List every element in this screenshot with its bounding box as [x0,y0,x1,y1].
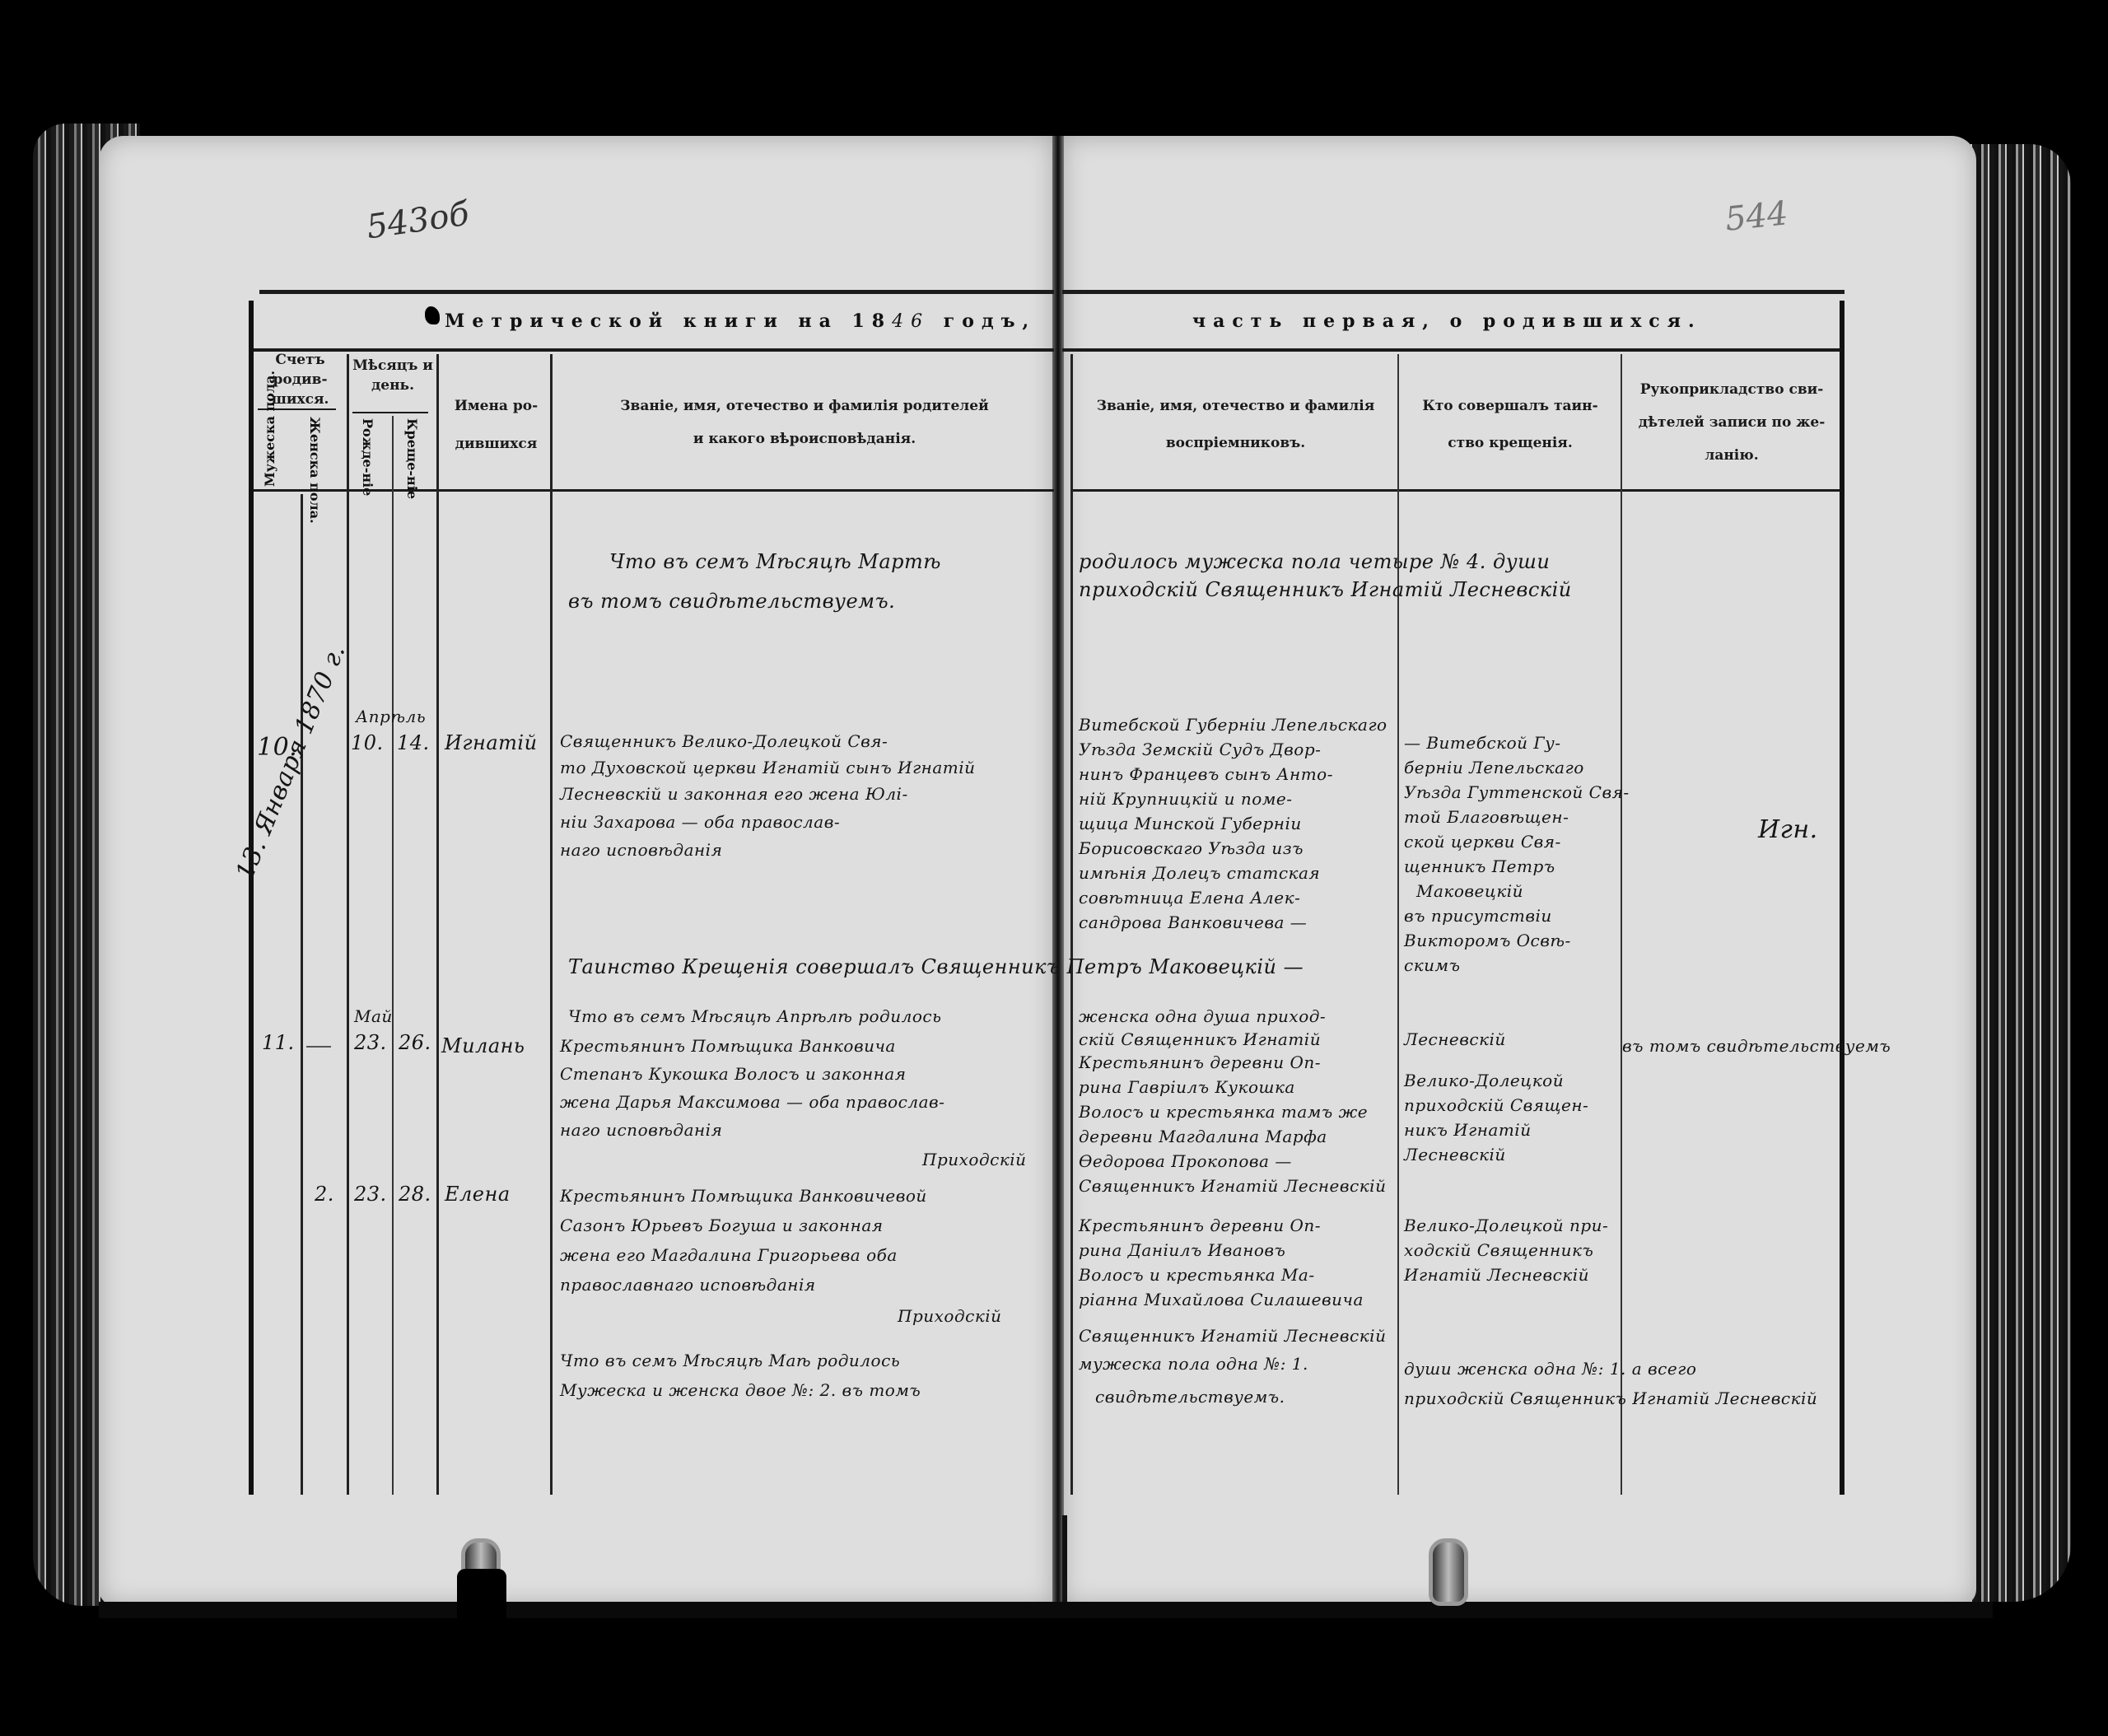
entry11-parents-line: Что въ семъ Мѣсяцѣ Апрѣлѣ родилось [568,1006,941,1026]
entry10-priest-line: Викторомъ Освѣ- [1404,931,1571,950]
entry2-name: Елена [445,1183,511,1206]
entry10-priest-line: берніи Лепельскаго [1404,758,1584,777]
entry2-priest-line: Игнатій Лесневскій [1404,1265,1589,1285]
entry2-godparent-line: рина Даніилъ Ивановъ [1079,1240,1285,1260]
entry10-godparent-line: Уѣзда Земскій Судъ Двор- [1079,740,1321,759]
left-clasp-strap [457,1569,506,1651]
header-count-female: Женска пола. [306,417,323,487]
entry2-parents-line: православнаго исповѣданія [560,1275,816,1295]
entry2-godparent-line: Крестьянинъ деревни Оп- [1079,1216,1321,1235]
entry10-priest-line: въ присутствіи [1404,906,1552,926]
entry10-priest-line: Маковецкій [1416,881,1523,901]
entry11-godparent-line: Ѳедорова Прокопова — [1079,1151,1292,1171]
entry10-month: Апрѣль [356,707,426,726]
intro-left-line2: въ томъ свидѣтельствуемъ. [568,590,895,613]
date-subrule [352,412,428,413]
book-bottom-edge [99,1602,1993,1618]
entry10-godparent-line: Витебской Губерніи Лепельскаго [1079,715,1387,735]
right-page-number: 544 [1723,194,1790,239]
col-line-godparents [1070,354,1073,1495]
entry10-godparent-line: имѣнія Долецъ статская [1079,863,1320,883]
entry2-birth: 23. [354,1183,387,1206]
entry11-month: Май [354,1006,393,1026]
header-date-birth: Рожде-ніе [359,418,375,484]
header-date-baptism: Креще-ніе [403,418,420,484]
entry11-godparent-line: женска одна душа приход- [1079,1006,1326,1026]
right-page-title: часть первая, о родившихся. [1192,310,1702,332]
entry10-godparent-line: нинъ Францевъ сынъ Анто- [1079,764,1333,784]
book-gutter [1052,136,1064,1610]
col-line-baptism [392,416,394,1495]
entry10-baptism: 14. [397,731,430,754]
entry10-parents-line: то Духовской церкви Игнатій сынъ Игнатій [560,758,976,777]
bookmark-thread [1062,1515,1067,1602]
entry10-parents-line: Лесневскій и законная его жена Юлі- [560,784,908,804]
entry11-priest-line: приходскій Священ- [1404,1095,1588,1115]
entry10-godparent-line: совѣтница Елена Алек- [1079,888,1300,908]
entry2-number: 2. [315,1183,334,1206]
entry2-godparent-line: Волосъ и крестьянка Ма- [1079,1265,1315,1285]
closing-left-line1: Что въ семъ Мѣсяцѣ Маѣ родилось [560,1351,900,1370]
col-line-priest [1397,354,1399,1495]
entry10-parents-line: наго исповѣданія [560,840,722,860]
entry11-baptism: 26. [399,1031,431,1054]
col-line-female [301,494,303,1495]
closing-right-line1: души женска одна №: 1. а всего [1404,1359,1696,1379]
right-clasp [1429,1538,1468,1606]
right-table-border [1840,301,1844,1495]
header-godparents-2: воспріемниковъ. [1073,424,1398,462]
entry11-parents-line: Степанъ Кукошка Волосъ и законная [560,1064,906,1084]
entry10-witness-signature: Игн. [1758,815,1818,844]
col-line-witness [1621,354,1622,1495]
entry11-birth: 23. [354,1031,387,1054]
entry11-priest-line: никъ Игнатій [1404,1120,1532,1140]
entry11-priest-line: Лесневскій [1404,1029,1506,1049]
header-names: Имена ро-дившихся [445,387,548,463]
header-priest-1: Кто совершалъ таин- [1400,387,1621,425]
closing-right-line2: приходскій Священникъ Игнатій Лесневскій [1404,1388,1817,1408]
header-count-male: Мужеска пола. [262,417,278,487]
title-rule-left [251,348,1054,352]
entry11-witness: въ томъ свидѣтельствуемъ [1622,1036,1891,1056]
top-rule-right [1062,290,1844,294]
closing-left-line2: Мужеска и женска двое №: 2. въ томъ [560,1380,921,1400]
entry10-parents-line: Священникъ Велико-Долецкой Свя- [560,731,888,751]
entry11-godparent-line: Волосъ и крестьянка тамъ же [1079,1102,1368,1122]
header-witness-3: ланію. [1624,436,1840,474]
entry11-female-dash [306,1046,331,1048]
entry10-parents-line: ніи Захарова — оба православ- [560,812,840,832]
entry2-parents-line: Крестьянинъ Помѣщика Ванковичевой [560,1186,927,1206]
entry10-godparent-line: сандрова Ванковичева — [1079,912,1307,932]
entry2-parents-line: Приходскій [898,1306,1002,1326]
entry11-godparent-line: деревни Магдалина Марфа [1079,1127,1327,1146]
entry10-sacrament-note: Таинство Крещенія совершалъ Священникъ П… [568,955,1304,978]
entry11-parents-line: Приходскій [922,1150,1027,1169]
entry10-priest-line: скимъ [1404,955,1460,975]
entry2-priest-line: ходскій Священникъ [1404,1240,1593,1260]
entry11-name: Милань [441,1034,525,1057]
intro-right-line2: приходскій Священникъ Игнатій Лесневскій [1079,578,1572,601]
entry11-godparent-line: Крестьянинъ деревни Оп- [1079,1052,1321,1072]
entry10-priest-line: ской церкви Свя- [1404,832,1561,852]
closing-mid-line2: свидѣтельствуемъ. [1095,1387,1285,1407]
left-page-title: Метрической книги на 1846 годъ, [445,310,1036,332]
title-suffix: годъ, [944,310,1036,332]
entry11-parents-line: жена Дарья Максимова — оба православ- [560,1092,944,1112]
entry11-godparent-line: скій Священникъ Игнатій [1079,1029,1321,1049]
col-line-date [347,354,349,1495]
entry11-number: 11. [262,1031,295,1054]
entry10-priest-line: щенникъ Петръ [1404,856,1555,876]
entry11-parents-line: Крестьянинъ Помѣщика Ванковича [560,1036,896,1056]
entry11-godparent-line: Священникъ Игнатій Лесневскій [1079,1176,1386,1196]
col-line-parents [550,354,553,1495]
entry10-name: Игнатій [445,731,538,754]
intro-right-line1: родилось мужеска пола четыре № 4. души [1079,550,1550,573]
header-priest-2: ство крещенія. [1400,424,1621,462]
entry2-parents-line: Сазонъ Юрьевъ Богуша и законная [560,1216,884,1235]
entry10-birth: 10. [351,731,384,754]
entry10-godparent-line: щица Минской Губерніи [1079,814,1302,833]
right-page-stack [1960,144,2071,1602]
entry11-parents-line: наго исповѣданія [560,1120,722,1140]
title-rule-right [1062,348,1844,352]
entry2-baptism: 28. [399,1183,431,1206]
entry11-priest-line: Лесневскій [1404,1145,1506,1164]
header-date-group: Мѣсяцъ и день. [349,356,436,395]
left-table-border [249,301,254,1495]
header-parents-2: и какого вѣроисповѣданія. [553,420,1056,458]
header-bottom-rule-right [1070,489,1844,492]
entry2-parents-line: жена его Магдалина Григорьева оба [560,1245,898,1265]
entry10-godparent-line: ній Крупницкій и поме- [1079,789,1293,809]
entry10-priest-line: той Благовѣщен- [1404,807,1569,827]
entry10-godparent-line: Борисовскаго Уѣзда изъ [1079,838,1304,858]
entry11-godparent-line: рина Гавріилъ Кукошка [1079,1077,1295,1097]
entry2-godparent-line: Священникъ Игнатій Лесневскій [1079,1326,1386,1346]
title-year: 46 [892,311,930,332]
title-text: Метрической книги на 18 [445,310,892,332]
top-rule-left [259,290,1054,294]
entry10-priest-line: Уѣзда Гуттенской Свя- [1404,782,1630,802]
entry10-priest-line: — Витебской Гу- [1404,733,1560,753]
entry2-priest-line: Велико-Долецкой при- [1404,1216,1608,1235]
header-godparents-1: Званіе, имя, отечество и фамилія [1073,387,1398,425]
entry11-priest-line: Велико-Долецкой [1404,1071,1564,1090]
entry2-godparent-line: ріанна Михайлова Силашевича [1079,1290,1364,1309]
col-line-names [436,354,439,1495]
closing-mid-line1: мужеска пола одна №: 1. [1079,1354,1308,1374]
intro-left-line1: Что въ семъ Мѣсяцѣ Мартѣ [609,550,941,573]
